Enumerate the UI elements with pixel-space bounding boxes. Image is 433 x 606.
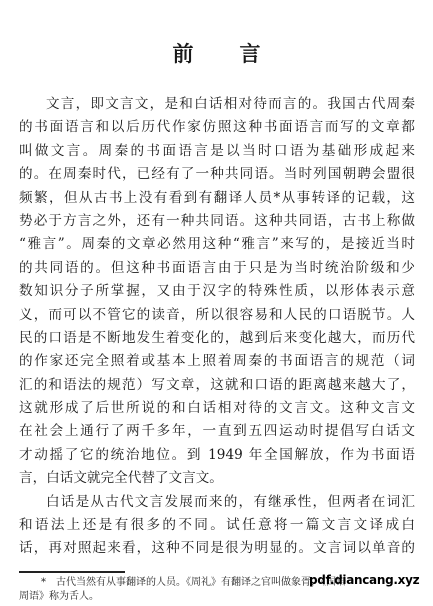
title-char-1: 前 xyxy=(173,38,194,68)
paragraph-1-line: 民的口语是不断地发生着变化的，越到后来变化越大，而历代 xyxy=(19,327,415,350)
paragraph-1-line: 才动摇了它的统治地位。到 1949 年全国解放，作为书面语 xyxy=(19,444,415,467)
watermark: pdf.diancang.xyz xyxy=(309,573,419,587)
paragraph-1-line: 叫做文言。周秦的书面语言是以当时口语为基础形成起来 xyxy=(19,140,415,163)
paragraph-2-line: 白话是从古代文言发展而来的，有继承性，但两者在词汇 xyxy=(19,491,415,514)
paragraph-2-line: 和语法上还是有很多的不同。试任意将一篇文言文译成白 xyxy=(19,514,415,537)
page-title: 前言 xyxy=(0,38,433,68)
paragraph-1-line: 频繁，但从古书上没有看到有翻译人员*从事转译的记载，这 xyxy=(19,187,415,210)
paragraph-1-line: 的共同语的。但这种书面语言由于只是为当时统治阶级和少 xyxy=(19,257,415,280)
paragraph-1-line: 的。在周秦时代，已经有了一种共同语。当时列国朝聘会盟很 xyxy=(19,163,415,186)
paragraph-1-line: 这就形成了后世所说的和白话相对待的文言文。这种文言文 xyxy=(19,397,415,420)
paragraph-1-line: 的书面语言和以后历代作家仿照这种书面语言而写的文章都 xyxy=(19,116,415,139)
paragraph-1-line: 文言，即文言文，是和白话相对待而言的。我国古代周秦 xyxy=(19,93,415,116)
paragraph-1-line: 义，而可以不管它的读音，所以很容易和人民的口语脱节。人 xyxy=(19,304,415,327)
body-text: 文言，即文言文，是和白话相对待而言的。我国古代周秦 的书面语言和以后历代作家仿照… xyxy=(19,93,415,561)
paragraph-1-line: 言，白话文就完全代替了文言文。 xyxy=(19,467,415,490)
paragraph-1-line: “雅言”。周秦的文章必然用这种“雅言”来写的，是接近当时 xyxy=(19,233,415,256)
paragraph-1-line: 势必于方言之外，还有一种共同语。这种共同语，古书上称做 xyxy=(19,210,415,233)
paragraph-1-line: 在社会上通行了两千多年，一直到五四运动时提倡写白话文 xyxy=(19,420,415,443)
footnote-line: 周语》称为舌人。 xyxy=(19,590,415,604)
footnote-divider xyxy=(19,571,125,573)
title-char-2: 言 xyxy=(240,38,261,68)
paragraph-1-line: 数知识分子所掌握，又由于汉字的特殊性质，以形体表示意 xyxy=(19,280,415,303)
paragraph-1-line: 的作家还完全照着或基本上照着周秦的书面语言的规范（词 xyxy=(19,350,415,373)
paragraph-1-line: 汇的和语法的规范）写文章，这就和口语的距离越来越大了， xyxy=(19,374,415,397)
paragraph-2-line: 话，再对照起来看，这种不同是很为明显的。文言词以单音的 xyxy=(19,537,415,560)
